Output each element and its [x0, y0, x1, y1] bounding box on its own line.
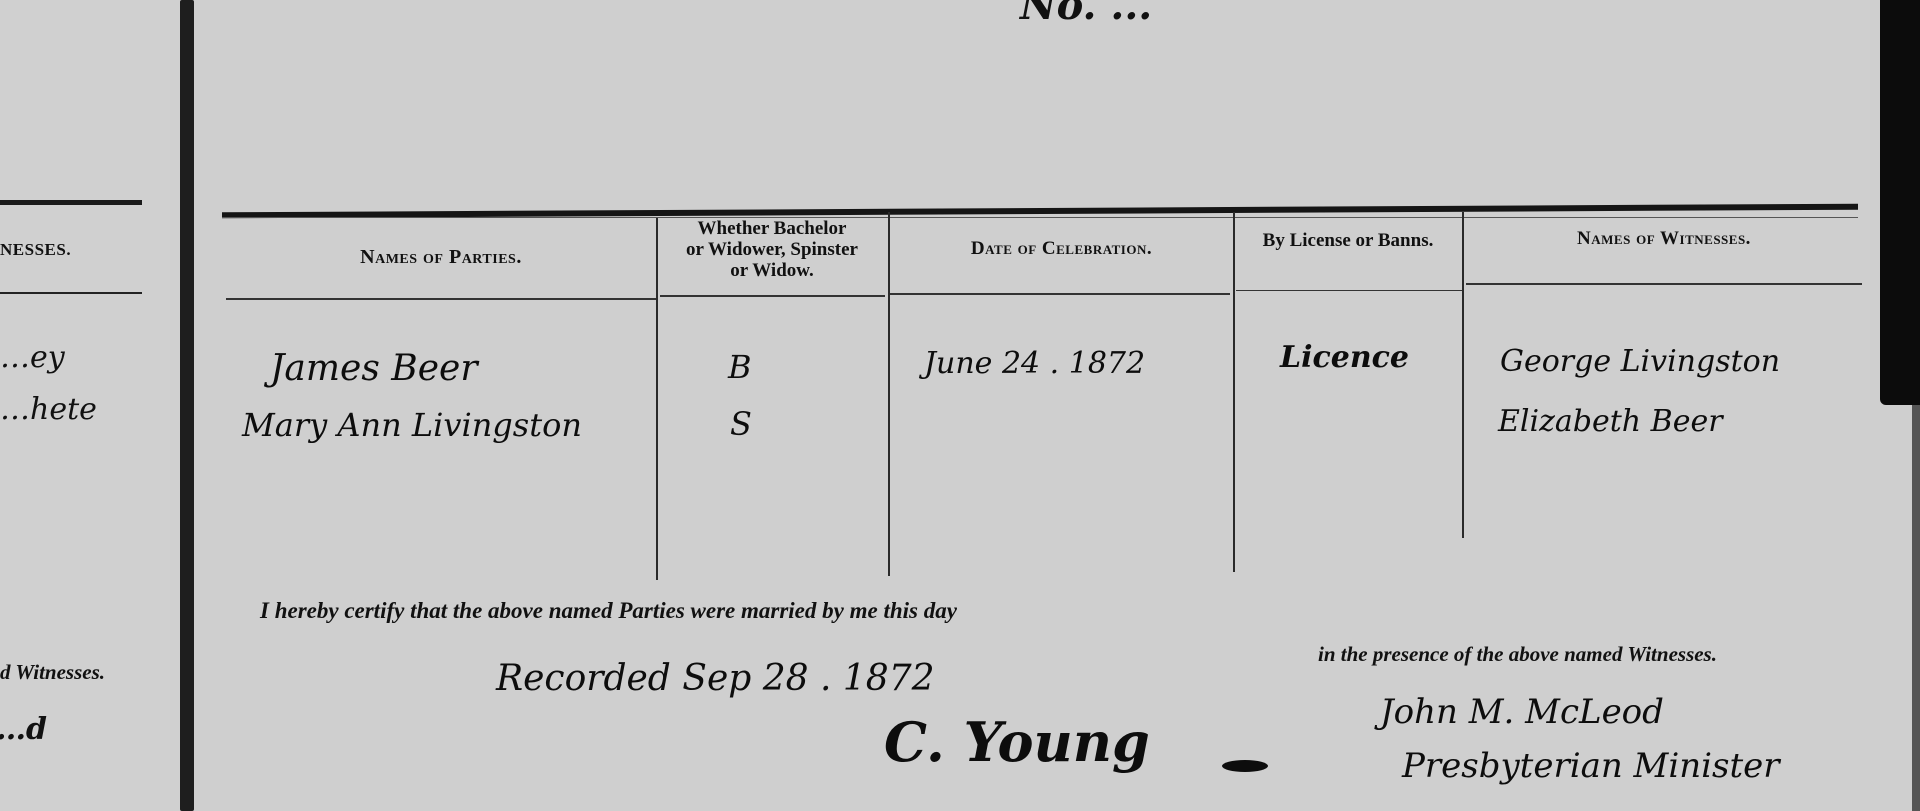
- entry-number-fragment: No. ...: [1020, 0, 1152, 29]
- column-header-date: Date of Celebration.: [890, 238, 1233, 260]
- party-2-name: Mary Ann Livingston: [242, 406, 582, 444]
- witness-2-name: Elizabeth Beer: [1498, 404, 1723, 439]
- status-header-line: or Widower, Spinster: [656, 239, 888, 260]
- status-header-line: or Widow.: [656, 260, 888, 281]
- signature-flourish: [1222, 760, 1268, 772]
- book-spine-divider: [180, 0, 194, 811]
- left-page-footer: d Witnesses.: [0, 660, 105, 685]
- column-divider: [1233, 212, 1235, 572]
- column-divider: [888, 212, 890, 576]
- left-page-signature: …d: [0, 712, 47, 747]
- scan-edge-shadow: [1912, 405, 1920, 811]
- column-divider: [1462, 212, 1464, 538]
- header-rule: [226, 298, 656, 300]
- party-2-status: S: [730, 405, 752, 443]
- license-or-banns: Licence: [1280, 340, 1409, 375]
- certificate-statement: I hereby certify that the above named Pa…: [260, 598, 957, 624]
- certificate-witness-statement: in the presence of the above named Witne…: [1318, 642, 1717, 667]
- left-page-header: NESSES.: [0, 240, 71, 260]
- left-page-rule: [0, 200, 142, 205]
- header-rule: [1236, 290, 1464, 291]
- officiant-name: John M. McLeod: [1380, 692, 1664, 732]
- officiant-title: Presbyterian Minister: [1402, 746, 1780, 786]
- registrar-signature: C. Young: [884, 710, 1150, 774]
- column-header-witnesses: Names of Witnesses.: [1466, 228, 1862, 250]
- celebration-date: June 24 . 1872: [924, 346, 1145, 381]
- party-1-status: B: [728, 348, 752, 386]
- header-rule: [1466, 283, 1862, 285]
- witness-1-name: George Livingston: [1500, 344, 1780, 379]
- column-header-license: By License or Banns.: [1234, 230, 1462, 252]
- column-header-names: Names of Parties.: [226, 246, 656, 269]
- party-1-name: James Beer: [270, 348, 478, 389]
- status-header-line: Whether Bachelor: [656, 218, 888, 239]
- left-page-handwriting: …ey: [0, 340, 65, 375]
- table-top-rule-thin: [222, 217, 1858, 218]
- column-header-status: Whether Bachelor or Widower, Spinster or…: [656, 218, 888, 281]
- left-page-handwriting: …hete: [0, 392, 97, 427]
- header-rule: [660, 295, 885, 297]
- scan-edge: [1880, 0, 1920, 405]
- recorded-date: Recorded Sep 28 . 1872: [496, 658, 935, 699]
- header-rule: [890, 293, 1230, 295]
- left-page-rule: [0, 292, 142, 294]
